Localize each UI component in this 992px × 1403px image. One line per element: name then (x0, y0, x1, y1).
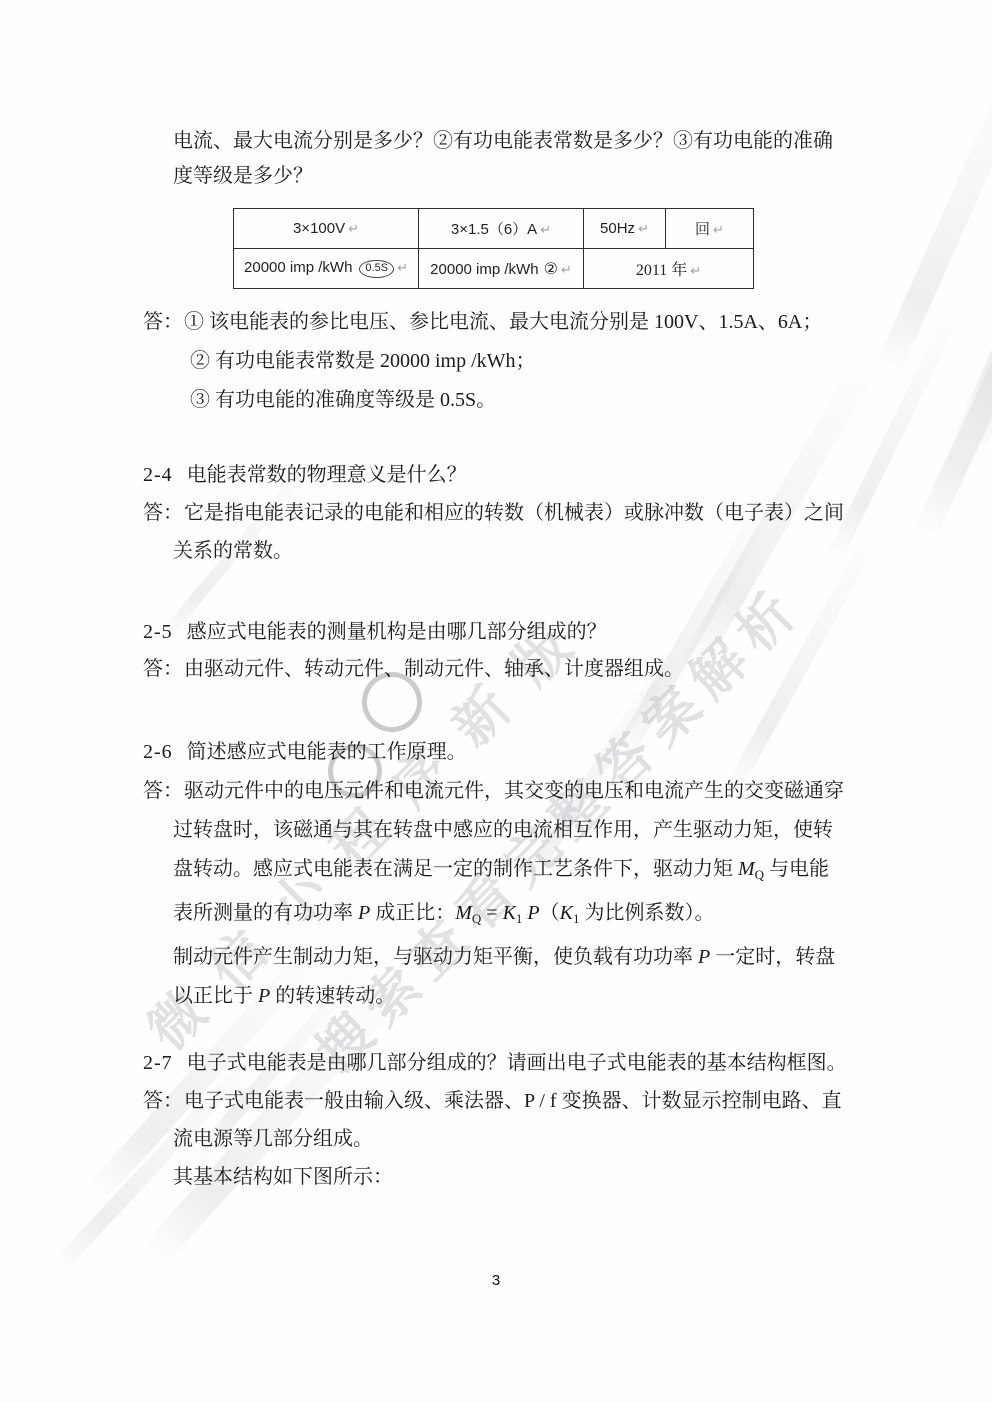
nameplate-cell-insulation-symbol: 回↵ (666, 209, 754, 249)
question-block-2-4: 2-4电能表常数的物理意义是什么？ 答：它是指电能表记录的电能和相应的转数（机械… (143, 456, 844, 570)
answer-2-6-line-5: 制动元件产生制动力矩，与驱动力矩平衡，使负载有功功率 P 一定时，转盘 (143, 938, 844, 977)
answer-label: 答： (143, 311, 183, 333)
question-text: 电子式电能表是由哪几部分组成的？请画出电子式电能表的基本结构框图。 (187, 1052, 847, 1074)
double-insulation-icon: 回 (695, 221, 710, 238)
answer-2-5-line-1: 答：由驱动元件、转动元件、制动元件、轴承、计度器组成。 (143, 651, 684, 688)
answer-2-7-line-1: 答：电子式电能表一般由输入级、乘法器、P / f 变换器、计数显示控制电路、直 (143, 1082, 847, 1120)
return-mark: ↵ (638, 222, 649, 237)
scan-streak (876, 62, 992, 374)
question-number: 2-5 (143, 614, 173, 651)
answer-2-6-line-2: 过转盘时，该磁通与其在转盘中感应的电流相互作用，产生驱动力矩，使转 (143, 811, 844, 850)
answer-text: 由驱动元件、转动元件、制动元件、轴承、计度器组成。 (184, 658, 684, 680)
answer-text: 它是指电能表记录的电能和相应的转数（机械表）或脉冲数（电子表）之间 (184, 502, 844, 524)
question-block-2-5: 2-5感应式电能表的测量机构是由哪几部分组成的？ 答：由驱动元件、转动元件、制动… (143, 614, 684, 688)
return-mark: ↵ (540, 223, 551, 238)
question-text: 感应式电能表的测量机构是由哪几部分组成的？ (187, 621, 607, 643)
nameplate-cell-year: 2011 年↵ (584, 249, 754, 289)
page-number: 3 (0, 1272, 992, 1289)
nameplate-table: 3×100V↵ 3×1.5（6）A↵ 50Hz↵ 回↵ 20000 imp /k… (233, 208, 754, 289)
return-mark: ↵ (713, 223, 724, 238)
scan-streak (948, 82, 992, 461)
answer-text: ① 该电能表的参比电压、参比电流、最大电流分别是 100V、1.5A、6A； (184, 311, 822, 333)
circled-two-badge: ② (544, 261, 558, 278)
accuracy-class-badge: 0.5S (359, 260, 394, 278)
answer-2-4-line-1: 答：它是指电能表记录的电能和相应的转数（机械表）或脉冲数（电子表）之间 (143, 494, 844, 532)
nameplate-cell-constant-1: 20000 imp /kWh0.5S↵ (234, 249, 419, 289)
answer-label: 答： (143, 1090, 183, 1112)
question-text: 电能表常数的物理意义是什么？ (187, 464, 467, 486)
answer-text: 电子式电能表一般由输入级、乘法器、P / f 变换器、计数显示控制电路、直 (184, 1090, 842, 1112)
cell-text: 3×100V (293, 220, 345, 237)
answer-2-6-line-6: 以正比于 P 的转速转动。 (143, 977, 844, 1016)
cell-text: 50Hz (600, 220, 635, 237)
question-2-3-line-1: 电流、最大电流分别是多少？②有功电能表常数是多少？③有功电能的准确 (173, 124, 833, 159)
scan-streak (826, 304, 963, 563)
nameplate-row-2: 20000 imp /kWh0.5S↵ 20000 imp /kWh②↵ 201… (234, 249, 754, 289)
cell-text: 20000 imp /kWh (430, 261, 538, 278)
answer-2-3-item-1: 答：① 该电能表的参比电压、参比电流、最大电流分别是 100V、1.5A、6A； (143, 303, 822, 342)
nameplate-cell-frequency: 50Hz↵ (584, 209, 666, 249)
answer-2-3: 答：① 该电能表的参比电压、参比电流、最大电流分别是 100V、1.5A、6A；… (143, 303, 822, 420)
answer-2-7-line-2: 流电源等几部分组成。 (143, 1120, 847, 1158)
nameplate-cell-current: 3×1.5（6）A↵ (419, 209, 584, 249)
nameplate-cell-voltage: 3×100V↵ (234, 209, 419, 249)
answer-label: 答： (143, 502, 183, 524)
question-number: 2-6 (143, 733, 173, 772)
scan-streak (913, 204, 992, 540)
answer-text: 驱动元件中的电压元件和电流元件，其交变的电压和电流产生的交变磁通穿 (184, 780, 844, 802)
answer-2-4-line-2: 关系的常数。 (143, 532, 844, 570)
cell-text: 3×1.5（6）A (451, 221, 537, 238)
question-text: 简述感应式电能表的工作原理。 (187, 741, 467, 763)
nameplate-cell-constant-2: 20000 imp /kWh②↵ (419, 249, 584, 289)
question-block-2-7: 2-7电子式电能表是由哪几部分组成的？请画出电子式电能表的基本结构框图。 答：电… (143, 1044, 847, 1196)
question-2-4-title: 2-4电能表常数的物理意义是什么？ (143, 456, 844, 494)
question-2-3-line-2: 度等级是多少？ (173, 159, 833, 194)
answer-2-7-note: 其基本结构如下图所示： (143, 1158, 847, 1196)
return-mark: ↵ (397, 261, 408, 276)
answer-label: 答： (143, 780, 183, 802)
page-container: 微信小程序新版 搜索查看完整答案解析 电流、最大电流分别是多少？②有功电能表常数… (0, 0, 992, 1403)
question-2-5-title: 2-5感应式电能表的测量机构是由哪几部分组成的？ (143, 614, 684, 651)
answer-2-6-line-1: 答：驱动元件中的电压元件和电流元件，其交变的电压和电流产生的交变磁通穿 (143, 772, 844, 811)
nameplate-row-1: 3×100V↵ 3×1.5（6）A↵ 50Hz↵ 回↵ (234, 209, 754, 249)
answer-label: 答： (143, 658, 183, 680)
question-block-2-6: 2-6简述感应式电能表的工作原理。 答：驱动元件中的电压元件和电流元件，其交变的… (143, 733, 844, 1016)
return-mark: ↵ (690, 264, 701, 279)
scan-streak (988, 102, 992, 385)
question-2-6-title: 2-6简述感应式电能表的工作原理。 (143, 733, 844, 772)
cell-text: 20000 imp /kWh (244, 259, 352, 276)
question-number: 2-7 (143, 1044, 173, 1082)
question-number: 2-4 (143, 456, 173, 494)
question-2-3-text: 电流、最大电流分别是多少？②有功电能表常数是多少？③有功电能的准确 度等级是多少… (173, 124, 833, 194)
answer-2-3-item-2: ② 有功电能表常数是 20000 imp /kWh； (143, 342, 822, 381)
answer-2-6-line-3: 盘转动。感应式电能表在满足一定的制作工艺条件下，驱动力矩 MQ 与电能 (143, 850, 844, 894)
return-mark: ↵ (348, 222, 359, 237)
cell-text: 2011 年 (636, 262, 687, 279)
question-2-7-title: 2-7电子式电能表是由哪几部分组成的？请画出电子式电能表的基本结构框图。 (143, 1044, 847, 1082)
answer-2-6-line-4: 表所测量的有功功率 P 成正比：MQ = K1 P（K1 为比例系数）。 (143, 894, 844, 938)
return-mark: ↵ (561, 263, 572, 278)
answer-2-3-item-3: ③ 有功电能的准确度等级是 0.5S。 (143, 381, 822, 420)
